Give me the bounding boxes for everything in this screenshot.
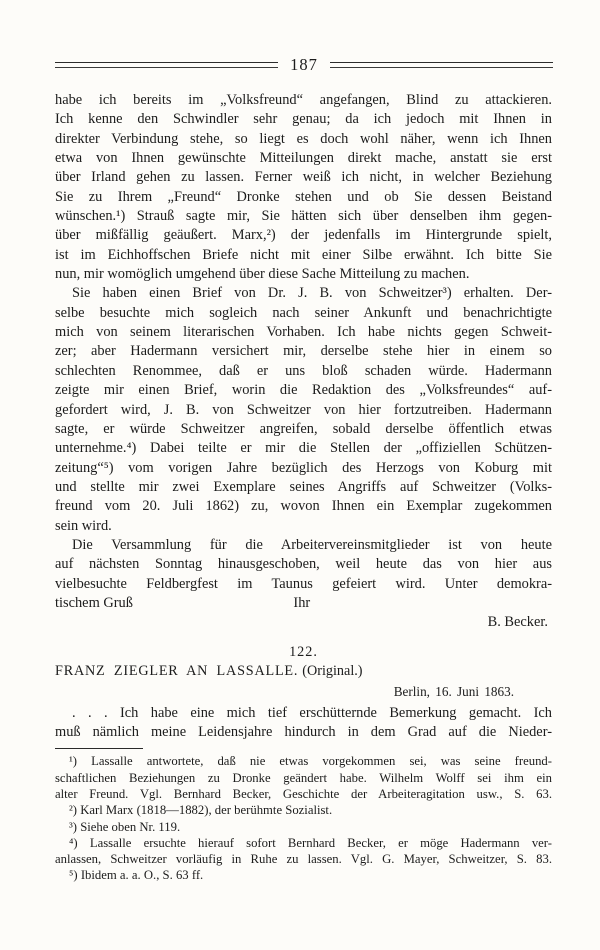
text-line: über Irland gehen zu lassen. Ferner weiß…: [55, 168, 552, 187]
text-line: alter Freund. Vgl. Bernhard Becker, Gesc…: [55, 786, 552, 802]
text-line: nun, mir womöglich umgehend über diese S…: [55, 265, 552, 284]
text-line: ist im Eichhoffschen Briefe nicht mit ei…: [55, 246, 552, 265]
text-line: mich von seinem literarischen Vorhaben. …: [55, 323, 552, 342]
dateline: Berlin, 16. Juni 1863.: [55, 684, 552, 700]
text-line: etwa von Ihnen gewünschte Mitteilungen d…: [55, 149, 552, 168]
signature: B. Becker.: [55, 613, 552, 632]
text-line: habe ich bereits im „Volksfreund“ angefa…: [55, 91, 552, 110]
closing-ihr: Ihr: [293, 594, 310, 613]
letter-122-heading: FRANZ ZIEGLER AN LASSALLE.(Original.): [55, 663, 552, 680]
text-line: wünschen.¹) Strauß sagte mir, Sie hätten…: [55, 207, 552, 226]
text-line: über mißfällig geäußert. Marx,²) der jed…: [55, 226, 552, 245]
text-line: Sie haben einen Brief von Dr. J. B. von …: [55, 284, 552, 303]
text-line: zer; aber Hadermann versichert mir, ders…: [55, 342, 552, 361]
text-line: zeitung“⁵) vom vorigen Jahre bezüglich d…: [55, 459, 552, 478]
running-head: 187: [55, 56, 553, 74]
letter-121-paragraph-2: Sie haben einen Brief von Dr. J. B. von …: [55, 284, 552, 535]
closing-line: tischem Gruß Ihr: [55, 594, 552, 613]
header-rule-right: [330, 62, 553, 68]
text-line: ³) Siehe oben Nr. 119.: [55, 819, 552, 835]
text-line: muß nämlich meine Leidensjahre hindurch …: [55, 723, 552, 742]
closing-greeting: tischem Gruß: [55, 595, 133, 611]
footnotes: ¹) Lassalle antwortete, daß nie etwas vo…: [55, 748, 552, 883]
letter-122-number: 122.: [55, 644, 552, 661]
text-line: schlechten Renommee, daß er uns bloß sch…: [55, 362, 552, 381]
text-line: Ich kenne den Schwindler sehr genau; da …: [55, 110, 552, 129]
text-line: gefordert wird, J. B. von Schweitzer von…: [55, 401, 552, 420]
text-line: sein wird.: [55, 517, 552, 536]
text-line: schaftlichen Beziehungen zu Dronke geänd…: [55, 770, 552, 786]
text-line: selbe besuchte mich sogleich nach seiner…: [55, 304, 552, 323]
letter-121-paragraph-3: Die Versammlung für die Arbeitervereinsm…: [55, 536, 552, 594]
text-line: ²) Karl Marx (1818—1882), der berühmte S…: [55, 802, 552, 818]
text-line: und stellte mir zwei Exemplare seines An…: [55, 478, 552, 497]
footnote-separator-rule: [55, 748, 143, 749]
footnote-block: ¹) Lassalle antwortete, daß nie etwas vo…: [55, 753, 552, 883]
text-line: vielbesuchte Feldbergfest im Taunus gefe…: [55, 575, 552, 594]
letter-121-paragraph-1: habe ich bereits im „Volksfreund“ angefa…: [55, 91, 552, 284]
text-line: freund vom 20. Juli 1862) zu, wovon Ihne…: [55, 497, 552, 516]
text-line: Sie zu Ihrem „Freund“ Dronke stehen und …: [55, 188, 552, 207]
text-line: ¹) Lassalle antwortete, daß nie etwas vo…: [55, 753, 552, 769]
text-line: anlassen, Schweitzer vorläufig in Ruhe z…: [55, 851, 552, 867]
letter-heading-title: FRANZ ZIEGLER AN LASSALLE.: [55, 663, 298, 679]
text-line: auf nächsten Sonntag hinausgeschoben, we…: [55, 555, 552, 574]
text-line: Die Versammlung für die Arbeitervereinsm…: [55, 536, 552, 555]
text-line: zeigte mir einen Brief, worin die Redakt…: [55, 381, 552, 400]
text-line: direkter Verbindung stehe, so liegt es d…: [55, 130, 552, 149]
book-page: 187 habe ich bereits im „Volksfreund“ an…: [0, 0, 600, 950]
letter-122-section: 122. FRANZ ZIEGLER AN LASSALLE.(Original…: [55, 644, 552, 743]
letter-122-opening: . . . Ich habe eine mich tief erschütter…: [55, 704, 552, 743]
text-line: . . . Ich habe eine mich tief erschütter…: [55, 704, 552, 723]
page-number: 187: [278, 56, 330, 74]
text-line: ⁵) Ibidem a. a. O., S. 63 ff.: [55, 867, 552, 883]
text-line: unternehme.⁴) Dabei teilte er mir die St…: [55, 439, 552, 458]
text-line: sagte, er würde Schweitzer angreifen, so…: [55, 420, 552, 439]
letter-121-body: habe ich bereits im „Volksfreund“ angefa…: [55, 91, 552, 633]
letter-heading-original-note: (Original.): [302, 663, 362, 679]
header-rule-left: [55, 62, 278, 68]
text-line: ⁴) Lassalle ersuchte hierauf sofort Bern…: [55, 835, 552, 851]
